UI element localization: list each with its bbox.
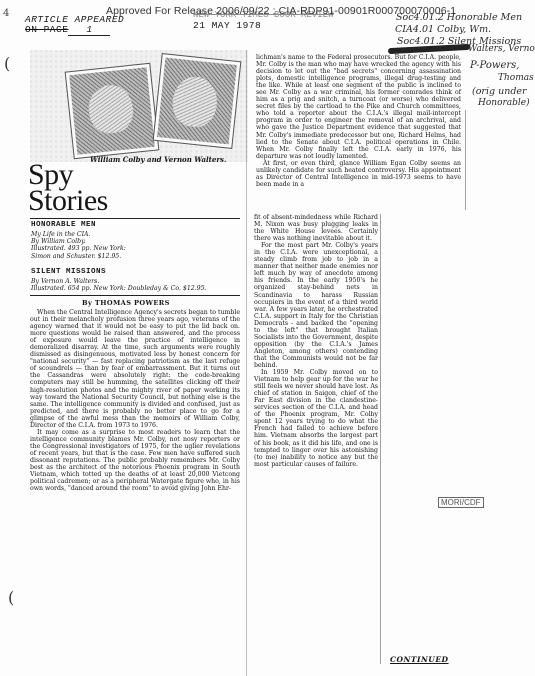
headline-line-2: Stories xyxy=(28,188,108,214)
book-line: My Life in the CIA. xyxy=(31,231,241,238)
book-info-1: HONORABLE MEN My Life in the CIA. By Wil… xyxy=(31,221,241,260)
book-line: Illustrated. 654 pp. New York: Doubleday… xyxy=(31,285,246,292)
page-number: 1 xyxy=(68,24,110,36)
paragraph: In 1959 Mr. Colby moved on to Vietnam to… xyxy=(254,369,378,468)
rule-top xyxy=(30,218,240,219)
paragraph: lichman's name to the Federal prosecutor… xyxy=(256,54,461,160)
handnote-1: Soc4.01.2 Honorable Men xyxy=(396,12,522,23)
book-title: HONORABLE MEN xyxy=(31,221,241,229)
body-right-narrow: fit of absent-mindedness while Richard M… xyxy=(254,214,378,468)
paragraph: When the Central Intelligence Agency's s… xyxy=(30,309,240,429)
book-line: By Vernon A. Walters. xyxy=(31,278,246,285)
book-line: Simon and Schuster. $12.95. xyxy=(31,253,241,260)
illustration-caption: William Colby and Vernon Walters. xyxy=(90,155,226,164)
byline: By THOMAS POWERS xyxy=(82,299,170,307)
margin-paren-top: ( xyxy=(4,54,10,73)
book-info-2: SILENT MISSIONS By Vernon A. Walters. Il… xyxy=(31,268,246,292)
margin-paren-bottom: ( xyxy=(8,588,14,607)
on-page-label: ON PAGE xyxy=(25,24,68,35)
book-title: SILENT MISSIONS xyxy=(31,268,246,276)
column-divider-left xyxy=(246,50,247,676)
rule-bottom xyxy=(30,295,240,296)
body-left-column: When the Central Intelligence Agency's s… xyxy=(30,309,240,492)
mori-cdf-stamp: MORI/CDF xyxy=(438,497,484,508)
face-walters xyxy=(170,75,219,129)
face-colby xyxy=(86,83,135,135)
publication-name: NEW YORK TIMES BOOK REVIEW xyxy=(193,10,333,20)
column-divider-right-top xyxy=(465,110,466,210)
book-line: Illustrated. 493 pp. New York: xyxy=(31,245,241,252)
paragraph: fit of absent-mindedness while Richard M… xyxy=(254,214,378,242)
paragraph: For the most part Mr. Colby's years in t… xyxy=(254,242,378,369)
publication-date: 21 MAY 1978 xyxy=(193,20,261,31)
portrait-walters xyxy=(154,54,241,148)
handnote-5: P-Powers, xyxy=(470,60,519,71)
portrait-colby xyxy=(66,64,159,158)
paragraph: It may come as a surprise to most reader… xyxy=(30,429,240,492)
body-right-top: lichman's name to the Federal prosecutor… xyxy=(256,54,461,188)
handnote-6: Thomas xyxy=(498,73,534,83)
margin-mark-top-left: 4 xyxy=(3,8,9,19)
book-line: By William Colby. xyxy=(31,238,241,245)
column-divider-right-narrow xyxy=(380,214,381,664)
handnote-4: Walters, Vernon xyxy=(468,44,535,54)
illustration xyxy=(30,50,248,162)
on-page-field: ON PAGE1 xyxy=(25,24,110,36)
paragraph: At first, or even third, glance William … xyxy=(256,160,461,188)
handnote-2: CIA4.01 Colby, Wm. xyxy=(395,24,491,35)
headline: Spy Stories xyxy=(28,162,108,214)
handnote-8: Honorable) xyxy=(478,98,530,108)
handnote-7: (orig under xyxy=(472,86,527,97)
continued-label: CONTINUED xyxy=(390,655,449,664)
